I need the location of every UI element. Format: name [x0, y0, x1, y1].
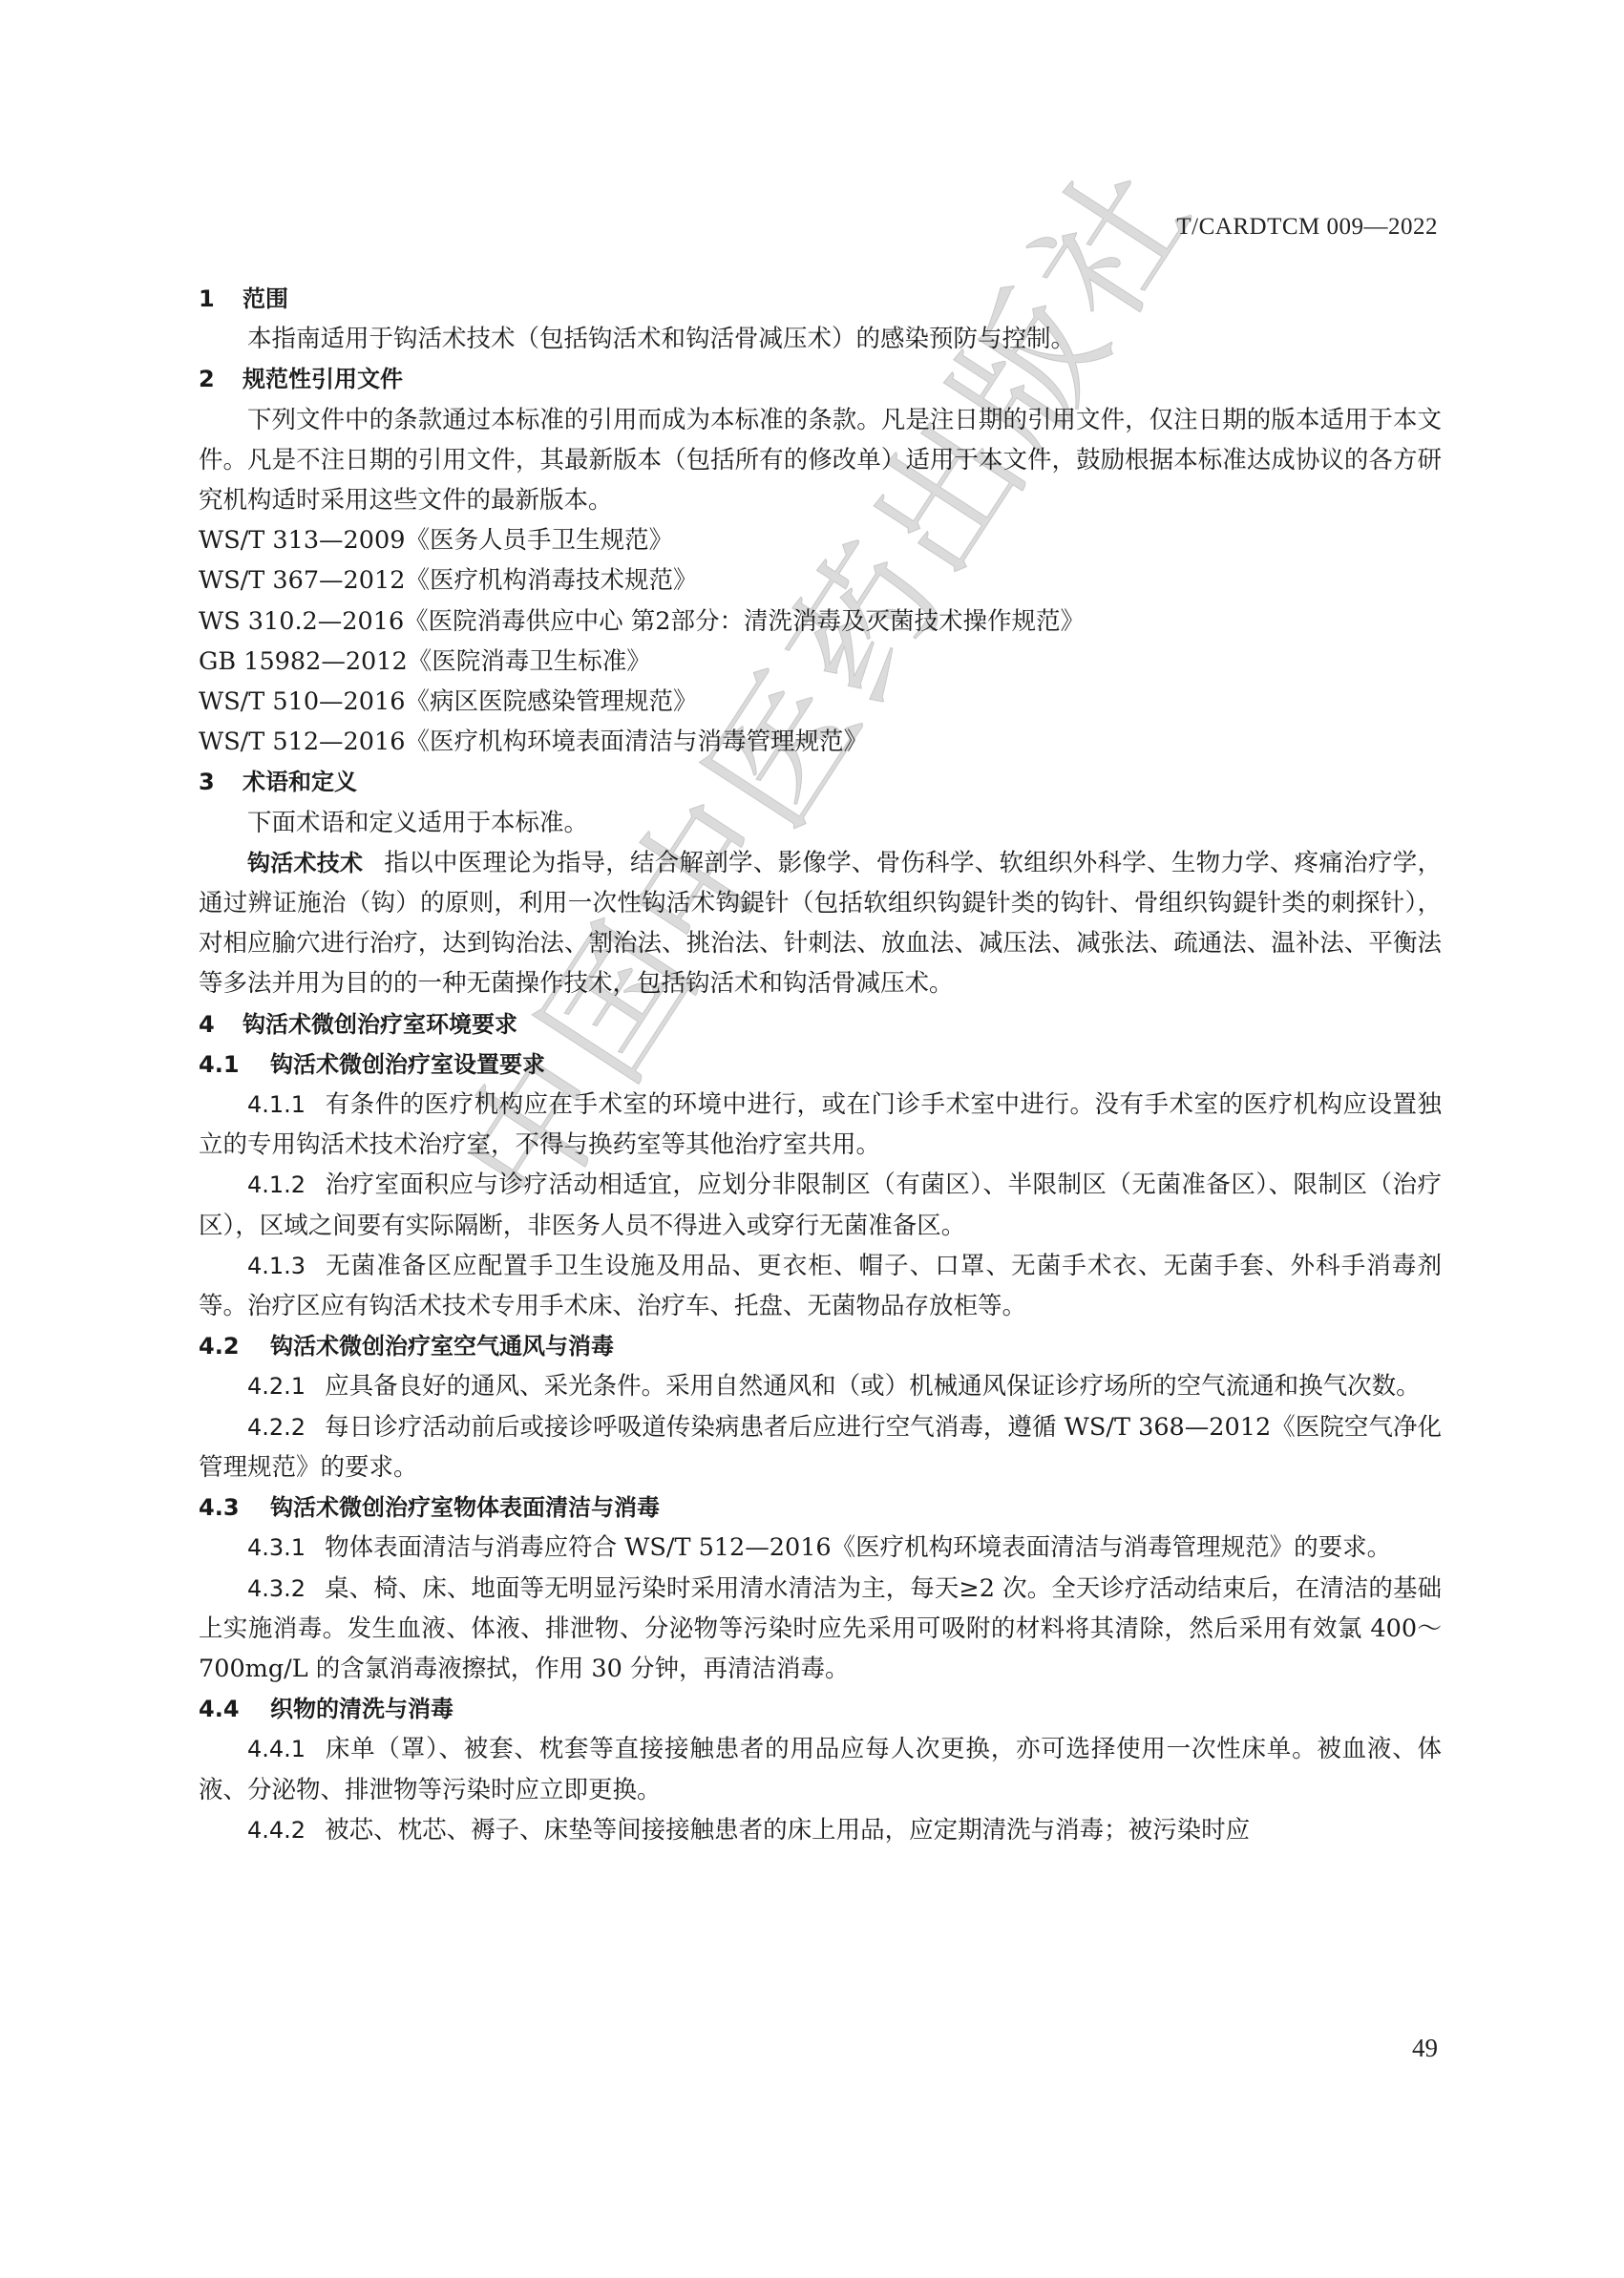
- clause-4-1-3: 4.1.3无菌准备区应配置手卫生设施及用品、更衣柜、帽子、口罩、无菌手术衣、无菌…: [199, 1246, 1442, 1326]
- clause-text: 应具备良好的通风、采光条件。采用自然通风和（或）机械通风保证诊疗场所的空气流通和…: [325, 1372, 1421, 1401]
- section-number: 4: [199, 1004, 243, 1044]
- term-definition: 钩活术技术指以中医理论为指导，结合解剖学、影像学、骨伤科学、软组织外科学、生物力…: [199, 843, 1442, 1004]
- reference-item: WS/T 512—2016《医疗机构环境表面清洁与消毒管理规范》: [199, 722, 1442, 762]
- clause-4-3-1: 4.3.1物体表面清洁与消毒应符合 WS/T 512—2016《医疗机构环境表面…: [199, 1528, 1442, 1568]
- subsection-heading-4-2: 4.2钩活术微创治疗室空气通风与消毒: [199, 1326, 1442, 1366]
- term-definition-text: 指以中医理论为指导，结合解剖学、影像学、骨伤科学、软组织外科学、生物力学、疼痛治…: [199, 849, 1442, 999]
- section-title: 术语和定义: [243, 769, 357, 795]
- clause-4-4-1: 4.4.1床单（罩）、被套、枕套等直接接触患者的用品应每人次更换，亦可选择使用一…: [199, 1729, 1442, 1809]
- clause-number: 4.1.1: [247, 1091, 306, 1118]
- clause-number: 4.2.2: [247, 1414, 306, 1441]
- clause-number: 4.4.2: [247, 1817, 306, 1844]
- clause-4-4-2: 4.4.2被芯、枕芯、褥子、床垫等间接接触患者的床上用品，应定期清洗与消毒；被污…: [199, 1810, 1442, 1850]
- reference-item: GB 15982—2012《医院消毒卫生标准》: [199, 642, 1442, 682]
- subsection-title: 织物的清洗与消毒: [270, 1696, 453, 1722]
- clause-number: 4.1.2: [247, 1171, 306, 1198]
- section-3-intro: 下面术语和定义适用于本标准。: [199, 803, 1442, 843]
- clause-4-1-2: 4.1.2治疗室面积应与诊疗活动相适宜，应划分非限制区（有菌区）、半限制区（无菌…: [199, 1165, 1442, 1245]
- subsection-heading-4-4: 4.4织物的清洗与消毒: [199, 1689, 1442, 1729]
- section-title: 范围: [243, 285, 288, 312]
- subsection-title: 钩活术微创治疗室空气通风与消毒: [270, 1333, 614, 1360]
- clause-4-2-2: 4.2.2每日诊疗活动前后或接诊呼吸道传染病患者后应进行空气消毒，遵循 WS/T…: [199, 1407, 1442, 1487]
- clause-text: 桌、椅、床、地面等无明显污染时采用清水清洁为主，每天≥2 次。全天诊疗活动结束后…: [199, 1574, 1442, 1683]
- clause-number: 4.2.1: [247, 1373, 306, 1400]
- document-code-header: T/CARDTCM 009—2022: [1176, 214, 1438, 241]
- term-name: 钩活术技术: [247, 850, 363, 876]
- clause-number: 4.3.2: [247, 1575, 306, 1602]
- subsection-title: 钩活术微创治疗室物体表面清洁与消毒: [270, 1494, 660, 1521]
- clause-4-3-2: 4.3.2桌、椅、床、地面等无明显污染时采用清水清洁为主，每天≥2 次。全天诊疗…: [199, 1569, 1442, 1690]
- clause-number: 4.1.3: [247, 1253, 306, 1279]
- section-heading-1: 1范围: [199, 279, 1442, 319]
- clause-text: 被芯、枕芯、褥子、床垫等间接接触患者的床上用品，应定期清洗与消毒；被污染时应: [325, 1816, 1250, 1845]
- clause-4-1-1: 4.1.1有条件的医疗机构应在手术室的环境中进行，或在门诊手术室中进行。没有手术…: [199, 1085, 1442, 1165]
- clause-text: 治疗室面积应与诊疗活动相适宜，应划分非限制区（有菌区）、半限制区（无菌准备区）、…: [199, 1171, 1442, 1239]
- clause-text: 物体表面清洁与消毒应符合 WS/T 512—2016《医疗机构环境表面清洁与消毒…: [325, 1533, 1391, 1562]
- subsection-heading-4-3: 4.3钩活术微创治疗室物体表面清洁与消毒: [199, 1487, 1442, 1528]
- section-heading-3: 3术语和定义: [199, 762, 1442, 802]
- subsection-number: 4.1: [199, 1044, 270, 1085]
- document-body: 1范围 本指南适用于钩活术技术（包括钩活术和钩活骨减压术）的感染预防与控制。 2…: [199, 279, 1442, 1850]
- clause-number: 4.3.1: [247, 1534, 306, 1561]
- page-number: 49: [1412, 2034, 1438, 2063]
- reference-item: WS/T 510—2016《病区医院感染管理规范》: [199, 682, 1442, 722]
- section-title: 钩活术微创治疗室环境要求: [243, 1011, 517, 1038]
- document-page: 中国中医药出版社 T/CARDTCM 009—2022 1范围 本指南适用于钩活…: [0, 0, 1624, 2278]
- section-number: 2: [199, 359, 243, 399]
- clause-4-2-1: 4.2.1应具备良好的通风、采光条件。采用自然通风和（或）机械通风保证诊疗场所的…: [199, 1366, 1442, 1406]
- reference-item: WS 310.2—2016《医院消毒供应中心 第2部分：清洗消毒及灭菌技术操作规…: [199, 601, 1442, 642]
- reference-item: WS/T 367—2012《医疗机构消毒技术规范》: [199, 560, 1442, 601]
- section-number: 3: [199, 762, 243, 802]
- clause-text: 床单（罩）、被套、枕套等直接接触患者的用品应每人次更换，亦可选择使用一次性床单。…: [199, 1735, 1442, 1803]
- section-number: 1: [199, 279, 243, 319]
- subsection-number: 4.2: [199, 1326, 270, 1366]
- section-heading-4: 4钩活术微创治疗室环境要求: [199, 1004, 1442, 1044]
- clause-text: 每日诊疗活动前后或接诊呼吸道传染病患者后应进行空气消毒，遵循 WS/T 368—…: [199, 1413, 1442, 1482]
- subsection-number: 4.3: [199, 1487, 270, 1528]
- subsection-title: 钩活术微创治疗室设置要求: [270, 1051, 545, 1078]
- section-title: 规范性引用文件: [243, 366, 403, 392]
- clause-number: 4.4.1: [247, 1736, 306, 1762]
- clause-text: 有条件的医疗机构应在手术室的环境中进行，或在门诊手术室中进行。没有手术室的医疗机…: [199, 1090, 1442, 1159]
- clause-text: 无菌准备区应配置手卫生设施及用品、更衣柜、帽子、口罩、无菌手术衣、无菌手套、外科…: [199, 1252, 1442, 1320]
- subsection-heading-4-1: 4.1钩活术微创治疗室设置要求: [199, 1044, 1442, 1085]
- subsection-number: 4.4: [199, 1689, 270, 1729]
- reference-item: WS/T 313—2009《医务人员手卫生规范》: [199, 520, 1442, 560]
- section-1-body: 本指南适用于钩活术技术（包括钩活术和钩活骨减压术）的感染预防与控制。: [199, 319, 1442, 359]
- section-2-body: 下列文件中的条款通过本标准的引用而成为本标准的条款。凡是注日期的引用文件，仅注日…: [199, 400, 1442, 521]
- section-heading-2: 2规范性引用文件: [199, 359, 1442, 399]
